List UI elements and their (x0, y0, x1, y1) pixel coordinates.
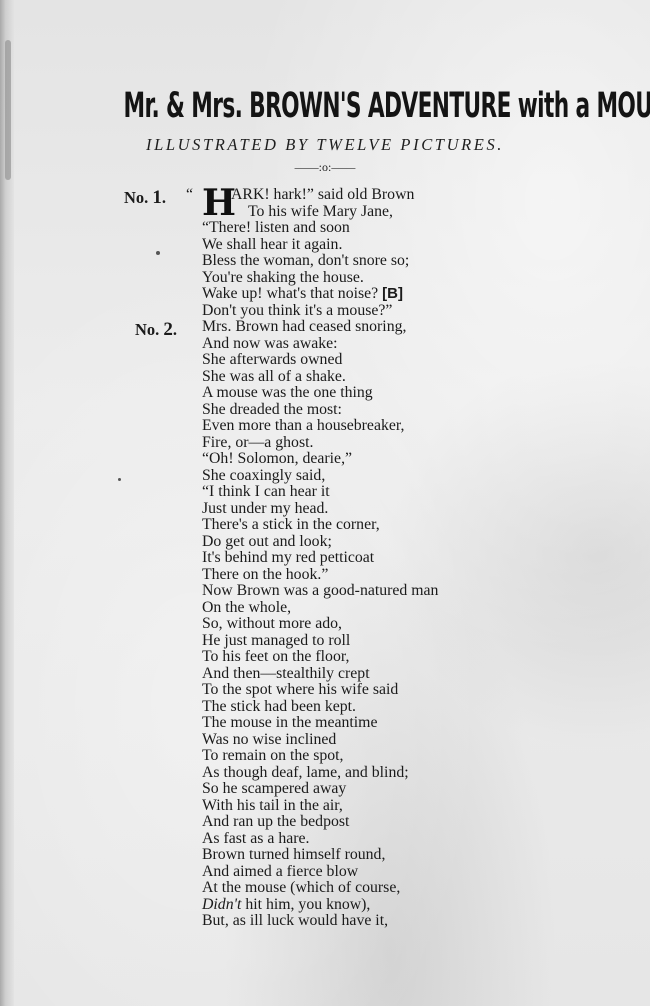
poem-line: Don't you think it's a mouse?” (202, 303, 622, 320)
poem-line: But, as ill luck would have it, (202, 913, 622, 930)
ink-speck (156, 251, 160, 255)
poem-line: “I think I can hear it (202, 484, 622, 501)
poem-line: The stick had been kept. (202, 699, 622, 716)
poem-line: Do get out and look; (202, 534, 622, 551)
poem-line-text: Wake up! what's that noise? (202, 285, 378, 302)
poem-line: Now Brown was a good-natured man (202, 583, 622, 600)
open-quote: “ (186, 187, 193, 204)
poem-line: To the spot where his wife said (202, 682, 622, 699)
poem-line: She coaxingly said, (202, 468, 622, 485)
poem-line: She afterwards owned (202, 352, 622, 369)
italic-word: Didn't (202, 896, 241, 913)
poem-line: Fire, or—a ghost. (202, 435, 622, 452)
poem-line: And now was awake: (202, 336, 622, 353)
poem-line: Mrs. Brown had ceased snoring, (202, 319, 622, 336)
poem-line: And then—stealthily crept (202, 666, 622, 683)
poem-line: Wake up! what's that noise?[B] (202, 286, 622, 303)
poem-line: So he scampered away (202, 781, 622, 798)
poem-line: As though deaf, lame, and blind; (202, 765, 622, 782)
poem-line: To his wife Mary Jane, (202, 204, 622, 221)
poem-line: “There! listen and soon (202, 220, 622, 237)
poem-line: Just under my head. (202, 501, 622, 518)
poem-line: At the mouse (which of course, (202, 880, 622, 897)
document-title: Mr. & Mrs. BROWN'S ADVENTURE with a MOUS… (124, 86, 527, 126)
binding-mark (5, 40, 11, 180)
poem-line: He just managed to roll (202, 633, 622, 650)
poem-line: It's behind my red petticoat (202, 550, 622, 567)
poem-line: On the whole, (202, 600, 622, 617)
poem-line: Brown turned himself round, (202, 847, 622, 864)
section-number-dot: . (162, 188, 166, 207)
section-number-1: No. 1. (124, 187, 166, 209)
poem-line: So, without more ado, (202, 616, 622, 633)
poem-line: You're shaking the house. (202, 270, 622, 287)
poem-line: There on the hook.” (202, 567, 622, 584)
ornament-divider: ——:o:—— (0, 160, 650, 175)
poem-line: With his tail in the air, (202, 798, 622, 815)
poem-line: The mouse in the meantime (202, 715, 622, 732)
poem-line: As fast as a hare. (202, 831, 622, 848)
poem-line: Bless the woman, don't snore so; (202, 253, 622, 270)
poem-line: To remain on the spot, (202, 748, 622, 765)
poem-line: And ran up the bedpost (202, 814, 622, 831)
poem-line: To his feet on the floor, (202, 649, 622, 666)
section-number-prefix: No. (135, 320, 163, 339)
poem-line: There's a stick in the corner, (202, 517, 622, 534)
document-subtitle: ILLUSTRATED BY TWELVE PICTURES. (0, 135, 650, 155)
poem-line: And aimed a fierce blow (202, 864, 622, 881)
poem-line: “Oh! Solomon, dearie,” (202, 451, 622, 468)
poem-line: A mouse was the one thing (202, 385, 622, 402)
poem-line: Was no wise inclined (202, 732, 622, 749)
section-number-dot: . (173, 320, 177, 339)
poem-body: “ H ARK! hark!” said old Brown To his wi… (202, 187, 622, 930)
poem-line: Didn't hit him, you know), (202, 897, 622, 914)
poem-first-line: “ H ARK! hark!” said old Brown (202, 187, 622, 204)
section-number-digit: 1 (152, 187, 162, 208)
poem-line: We shall hear it again. (202, 237, 622, 254)
ink-speck (118, 478, 121, 481)
drop-cap: H (202, 188, 236, 218)
poem-line: She dreaded the most: (202, 402, 622, 419)
poem-line: Even more than a housebreaker, (202, 418, 622, 435)
section-number-digit: 2 (163, 319, 173, 340)
poem-line: She was all of a shake. (202, 369, 622, 386)
poem-line-text: hit him, you know), (241, 896, 370, 913)
section-number-2: No. 2. (135, 319, 177, 341)
section-number-prefix: No. (124, 188, 152, 207)
illustration-marker: [B] (382, 285, 403, 302)
